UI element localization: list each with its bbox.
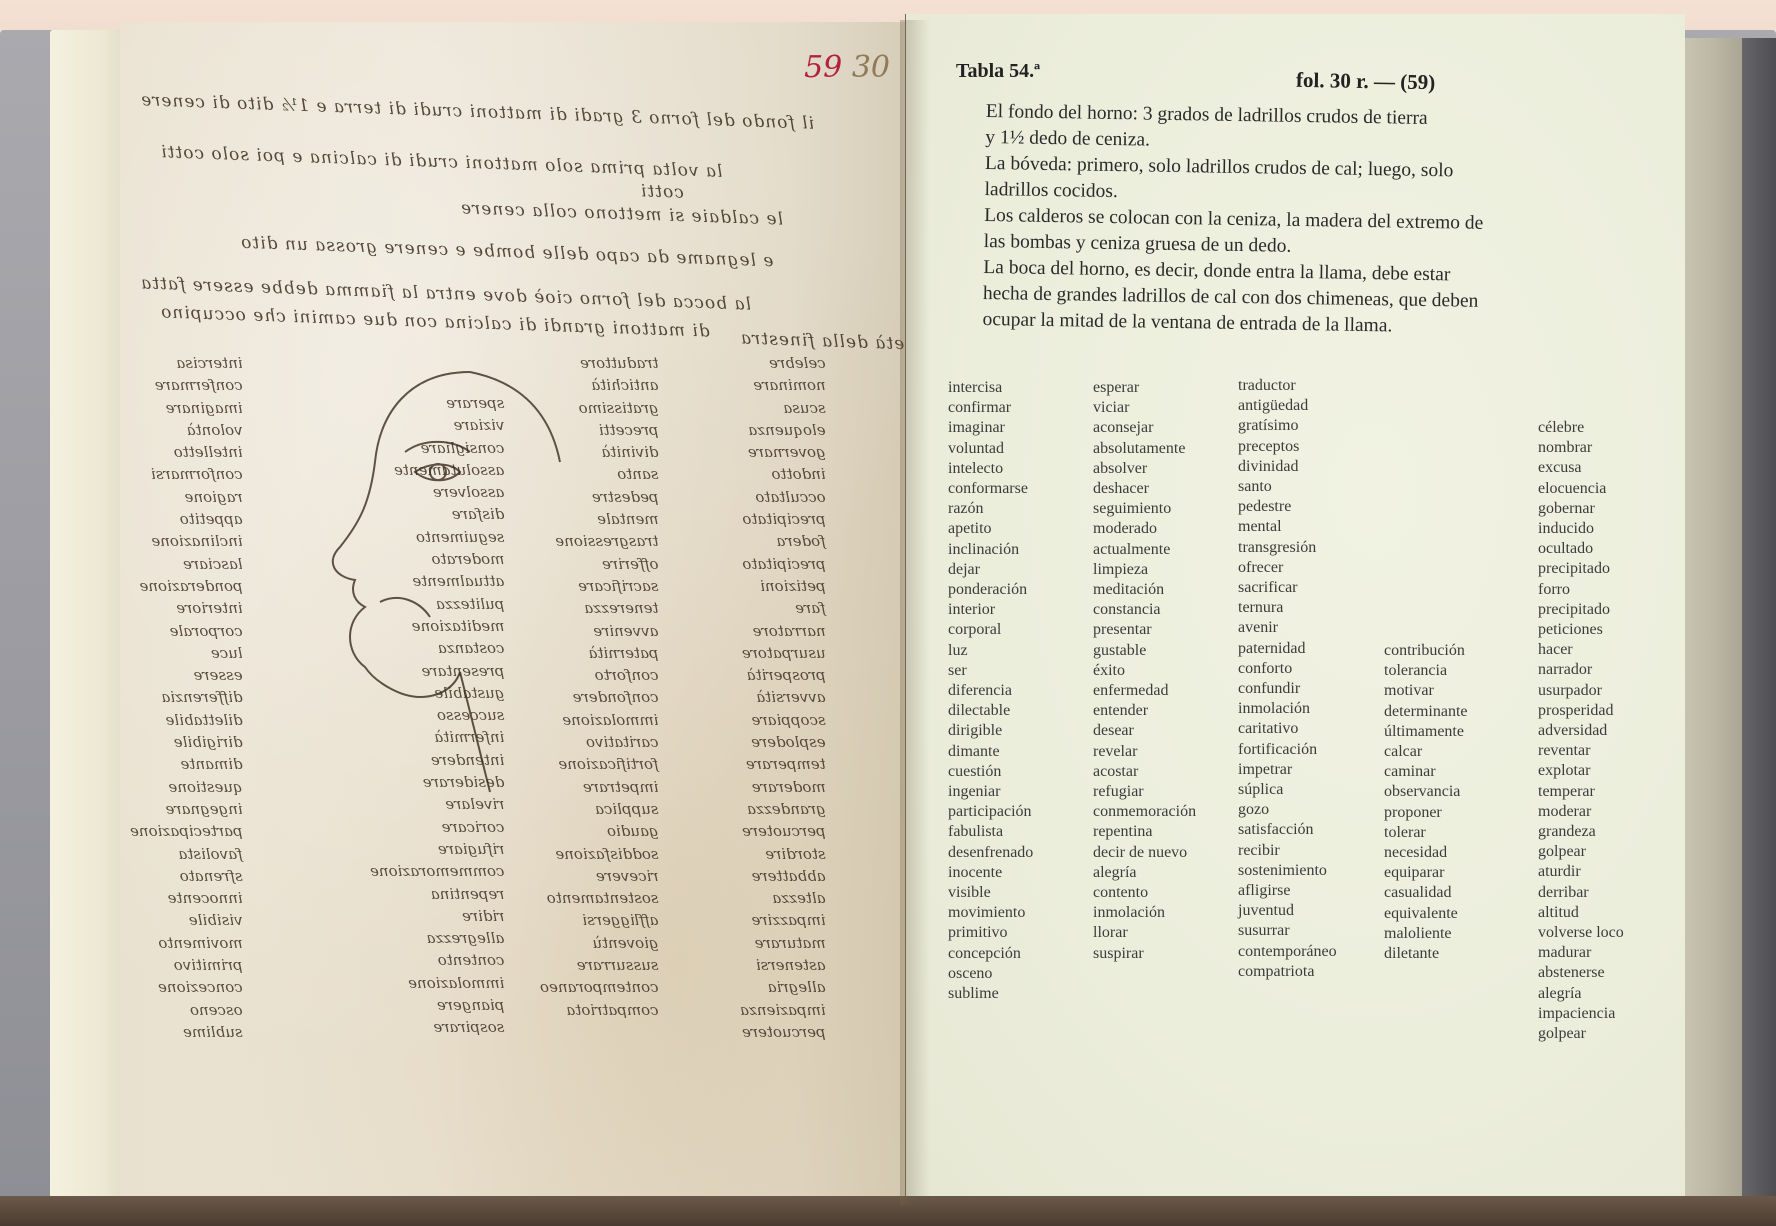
script-line: il fondo del forno 3 gradi di mattoni cr… [140,90,815,134]
word: interior [948,600,1033,620]
script-word: conformarsi [130,463,243,485]
script-word: divinità [540,441,659,463]
script-line: e legname da capo delle bombe e cenere g… [240,233,774,272]
word: acostar [1093,762,1196,782]
script-word: gustabile [370,682,504,704]
right-page-stack [1680,38,1742,1203]
word: corporal [948,620,1033,640]
script-word: scusa [740,397,826,419]
script-word: costanza [370,637,504,659]
word: presentar [1093,620,1196,640]
script-word: volontà [130,419,243,441]
word: maloliente [1384,924,1468,944]
script-word: piangere [370,994,504,1016]
word: necesidad [1384,843,1468,863]
word: osceno [948,964,1033,984]
word: entender [1093,701,1196,721]
script-word: occultato [740,486,826,508]
word: refugiar [1093,782,1196,802]
word: preceptos [1238,437,1337,457]
word: moderado [1093,519,1196,539]
word: confirmar [948,398,1033,418]
script-word: desiderare [370,771,504,793]
script-word: pedestre [540,486,659,508]
word: primitivo [948,923,1033,943]
folio-number: 59 30 [804,50,890,85]
script-word: precipitato [740,508,826,530]
word: usurpador [1538,681,1624,701]
script-word: presentare [370,660,504,682]
script-word: pulitezza [370,593,504,615]
script-word: partecipazione [130,820,243,842]
word: transgresión [1238,538,1337,558]
script-column-1: intercisa confermare imaginare volontà i… [130,352,243,1043]
word: intercisa [948,378,1033,398]
script-word: concezione [130,976,243,998]
word: visible [948,883,1033,903]
word: impetrar [1238,760,1337,780]
word: explotar [1538,761,1624,781]
script-word: immolazione [370,972,504,994]
script-word: ingegnare [130,798,243,820]
script-word: differenzia [130,686,243,708]
script-line: la volta prima solo mattoni crudi di cal… [160,142,723,182]
script-word: repentina [370,883,504,905]
word: diferencia [948,681,1033,701]
word: ingeniar [948,782,1033,802]
script-word: governare [740,441,826,463]
word: súplica [1238,780,1337,800]
word-column-3: traductor antigüedad gratísimo preceptos… [1238,376,1337,982]
word: sacrificar [1238,578,1337,598]
script-word: narratore [740,620,826,642]
word: equivalente [1384,904,1468,924]
script-word: viziare [370,414,504,436]
word: conmemoración [1093,802,1196,822]
word: absolver [1093,459,1196,479]
script-word: questione [130,776,243,798]
word: ofrecer [1238,558,1337,578]
script-word: impazzire [740,909,826,931]
word: meditación [1093,580,1196,600]
word: equiparar [1384,863,1468,883]
word: absolutamente [1093,439,1196,459]
script-word: usurpatore [740,642,826,664]
script-word: allegria [740,976,826,998]
word: esperar [1093,378,1196,398]
script-word: precipitato [740,553,826,575]
script-word: fodera [740,530,826,552]
script-word: impetrare [540,776,659,798]
word: juventud [1238,901,1337,921]
script-word: antichità [540,374,659,396]
script-word: moderare [740,776,826,798]
word: calcar [1384,742,1468,762]
word: inducido [1538,519,1624,539]
script-word: coricare [370,816,504,838]
script-word: soddisfazione [540,843,659,865]
script-word: sospirare [370,1016,504,1038]
script-word: intendere [370,749,504,771]
script-line: le caldaie si mettono colla cenere [460,198,784,229]
script-word: stordire [740,843,826,865]
script-word: consigliare [370,437,504,459]
script-word: commemorazione [370,860,504,882]
script-word: altezza [740,887,826,909]
word: precipitado [1538,559,1624,579]
script-word: assolutamente [370,459,504,481]
word: inmolación [1093,903,1196,923]
word: elocuencia [1538,479,1624,499]
script-word: supplica [540,798,659,820]
word: avenir [1238,618,1337,638]
word-column-2: esperar viciar aconsejar absolutamente a… [1093,378,1196,964]
script-word: celebre [740,352,826,374]
script-word: primitivo [130,954,243,976]
script-word: sublime [130,1021,243,1043]
word: inclinación [948,540,1033,560]
word: contento [1093,883,1196,903]
script-word: eloquenza [740,419,826,441]
script-word: fare [740,597,826,619]
word: dilectable [948,701,1033,721]
script-word: conforto [540,664,659,686]
word: gustable [1093,641,1196,661]
word: gratísimo [1238,416,1337,436]
script-word: visibile [130,909,243,931]
script-line: cotti [640,181,685,203]
word: enfermedad [1093,681,1196,701]
word: impaciencia [1538,1004,1624,1024]
word: mental [1238,517,1337,537]
script-word: scoppiare [740,709,826,731]
script-word: infermità [370,726,504,748]
script-word: gratissimo [540,397,659,419]
script-word: gioventù [540,932,659,954]
word: alegría [1538,984,1624,1004]
word: conforto [1238,659,1337,679]
script-word: innocente [130,887,243,909]
word: abstenerse [1538,963,1624,983]
script-word: appetito [130,508,243,530]
word: imaginar [948,418,1033,438]
word: concepción [948,944,1033,964]
word: viciar [1093,398,1196,418]
script-word: favolista [130,843,243,865]
word: traductor [1238,376,1337,396]
script-word: santo [540,463,659,485]
script-word: precetti [540,419,659,441]
script-word: paternità [540,642,659,664]
word: inmolación [1238,699,1337,719]
script-word: immolazione [540,709,659,731]
word: seguimiento [1093,499,1196,519]
script-word: inclinazione [130,530,243,552]
script-word: avvenire [540,620,659,642]
script-word: ponderazione [130,575,243,597]
word: motivar [1384,681,1468,701]
word: madurar [1538,943,1624,963]
word: desear [1093,721,1196,741]
word: paternidad [1238,639,1337,659]
word: volverse loco [1538,923,1624,943]
script-word: assolvere [370,481,504,503]
script-word: traduttore [540,352,659,374]
script-word: luce [130,642,243,664]
script-word: dilettabile [130,709,243,731]
script-word: esplodere [740,731,826,753]
word: recibir [1238,841,1337,861]
script-word: prosperità [740,664,826,686]
word: tolerancia [1384,661,1468,681]
word: actualmente [1093,540,1196,560]
word: temperar [1538,782,1624,802]
word: confundir [1238,679,1337,699]
script-word: percuotere [740,820,826,842]
manuscript-page[interactable]: 59 30 il fondo del forno 3 gradi di matt… [120,22,910,1202]
word: alegría [1093,863,1196,883]
script-word: successo [370,704,504,726]
word: prosperidad [1538,701,1624,721]
word: sublime [948,984,1033,1004]
word: gobernar [1538,499,1624,519]
script-word: mentale [540,508,659,530]
word: desenfrenado [948,843,1033,863]
word: derribar [1538,883,1624,903]
word: tolerar [1384,823,1468,843]
script-word: temperare [740,753,826,775]
word: fortificación [1238,740,1337,760]
script-word: tenerezza [540,597,659,619]
word: deshacer [1093,479,1196,499]
script-word: rivelare [370,793,504,815]
script-word: fortificazione [540,753,659,775]
word: suspirar [1093,944,1196,964]
word: limpieza [1093,560,1196,580]
word: golpear [1538,842,1624,862]
word: grandeza [1538,822,1624,842]
script-word: ricevere [540,865,659,887]
script-word: dimante [130,753,243,775]
word: pedestre [1238,497,1337,517]
script-column-4: celebre nominare scusa eloquenza governa… [740,352,826,1043]
script-word: grandezza [740,798,826,820]
word: observancia [1384,782,1468,802]
word: precipitado [1538,600,1624,620]
word: contemporáneo [1238,942,1337,962]
word: compatriota [1238,962,1337,982]
body-text: El fondo del horno: 3 grados de ladrillo… [982,99,1606,343]
word: luz [948,641,1033,661]
script-word: astenersi [740,954,826,976]
word: ponderación [948,580,1033,600]
word: afligirse [1238,881,1337,901]
word: razón [948,499,1033,519]
word: narrador [1538,660,1624,680]
word: caritativo [1238,719,1337,739]
book-gutter [900,20,930,1205]
word: adversidad [1538,721,1624,741]
script-word: sostentamento [540,887,659,909]
script-word: caritativo [540,731,659,753]
word: dejar [948,560,1033,580]
script-word: lasciare [130,553,243,575]
table-surface [0,1196,1776,1226]
word: repentina [1093,822,1196,842]
word: dimante [948,742,1033,762]
script-word: sfrenato [130,865,243,887]
word: últimamente [1384,722,1468,742]
word: aturdir [1538,862,1624,882]
word: voluntad [948,439,1033,459]
word: satisfacción [1238,820,1337,840]
script-word: confermare [130,374,243,396]
word: ser [948,661,1033,681]
script-word: sperare [370,392,504,414]
word: casualidad [1384,883,1468,903]
script-word: compatriota [540,999,659,1021]
script-word: indotto [740,463,826,485]
script-word: petizioni [740,575,826,597]
word: llorar [1093,923,1196,943]
word: aconsejar [1093,418,1196,438]
word: excusa [1538,458,1624,478]
script-word: confondere [540,686,659,708]
script-word: disfare [370,503,504,525]
script-word: dirigibile [130,731,243,753]
word: cuestión [948,762,1033,782]
script-word: ragione [130,486,243,508]
script-word: sacrificare [540,575,659,597]
word: divinidad [1238,457,1337,477]
word: conformarse [948,479,1033,499]
word: proponer [1384,803,1468,823]
word: inocente [948,863,1033,883]
script-word: maturare [740,932,826,954]
word: altitud [1538,903,1624,923]
script-word: corporale [130,620,243,642]
script-word: nominare [740,374,826,396]
folio-number-alt: 30 [852,50,890,85]
word: determinante [1384,702,1468,722]
script-word: moderato [370,548,504,570]
script-word: sussurrare [540,954,659,976]
script-word: movimento [130,932,243,954]
transcription-page[interactable]: Tabla 54.ª fol. 30 r. — (59) El fondo de… [905,14,1685,1204]
word: antigüedad [1238,396,1337,416]
word: susurrar [1238,921,1337,941]
word: forro [1538,580,1624,600]
script-word: contento [370,949,504,971]
word: ternura [1238,598,1337,618]
script-word: interiore [130,597,243,619]
word: santo [1238,477,1337,497]
word: gozo [1238,800,1337,820]
word: reventar [1538,741,1624,761]
word: revelar [1093,742,1196,762]
word: éxito [1093,661,1196,681]
folio-reference: fol. 30 r. — (59) [1296,68,1436,95]
word: apetito [948,519,1033,539]
script-word: abbattere [740,865,826,887]
script-word: contemporaneo [540,976,659,998]
word: moderar [1538,802,1624,822]
script-column-2: sperare viziare consigliare assolutament… [370,392,504,1039]
word: participación [948,802,1033,822]
word: fabulista [948,822,1033,842]
script-word: impazienza [740,999,826,1021]
word-column-5: célebre nombrar excusa elocuencia gobern… [1538,418,1624,1044]
script-word: meditazione [370,615,504,637]
script-word: rifugiare [370,838,504,860]
word: constancia [1093,600,1196,620]
word: dirigible [948,721,1033,741]
script-word: intelletto [130,441,243,463]
script-column-3: traduttore antichità gratissimo precetti… [540,352,659,1021]
script-word: essere [130,664,243,686]
word-column-4: contribución tolerancia motivar determin… [1384,641,1468,964]
word: peticiones [1538,620,1624,640]
word-column-1: intercisa confirmar imaginar voluntad in… [948,378,1033,1004]
word: caminar [1384,762,1468,782]
script-word: offerire [540,553,659,575]
word: contribución [1384,641,1468,661]
word: célebre [1538,418,1624,438]
script-word: gaudio [540,820,659,842]
script-word: imaginare [130,397,243,419]
script-word: ridire [370,905,504,927]
word: hacer [1538,640,1624,660]
word: ocultado [1538,539,1624,559]
word: diletante [1384,944,1468,964]
word: decir de nuevo [1093,843,1196,863]
script-word: intercisa [130,352,243,374]
script-word: affliggersi [540,909,659,931]
script-word: trasgressione [540,530,659,552]
word: movimiento [948,903,1033,923]
word: intelecto [948,459,1033,479]
script-word: percuotere [740,1021,826,1043]
script-word: seguimento [370,526,504,548]
word: golpear [1538,1024,1624,1044]
table-title: Tabla 54.ª [956,60,1040,83]
script-word: attualmente [370,570,504,592]
script-word: allegrezza [370,927,504,949]
folio-number-red: 59 [804,50,842,85]
script-word: osceno [130,999,243,1021]
word: nombrar [1538,438,1624,458]
word: sostenimiento [1238,861,1337,881]
script-word: avversità [740,686,826,708]
